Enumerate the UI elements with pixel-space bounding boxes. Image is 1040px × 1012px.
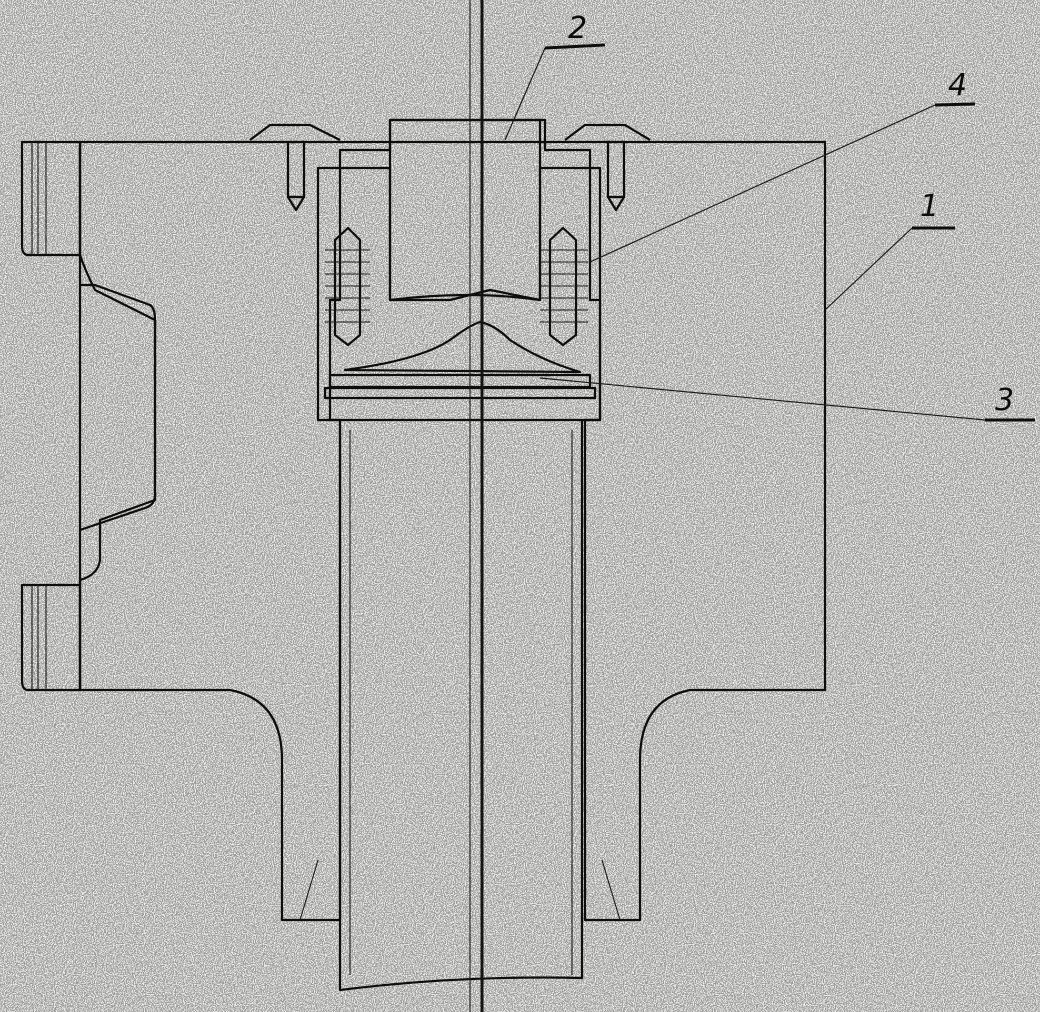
- cross-section-drawing: 2 4 1 3: [0, 0, 1040, 1012]
- scan-noise-overlay: [0, 0, 1040, 1012]
